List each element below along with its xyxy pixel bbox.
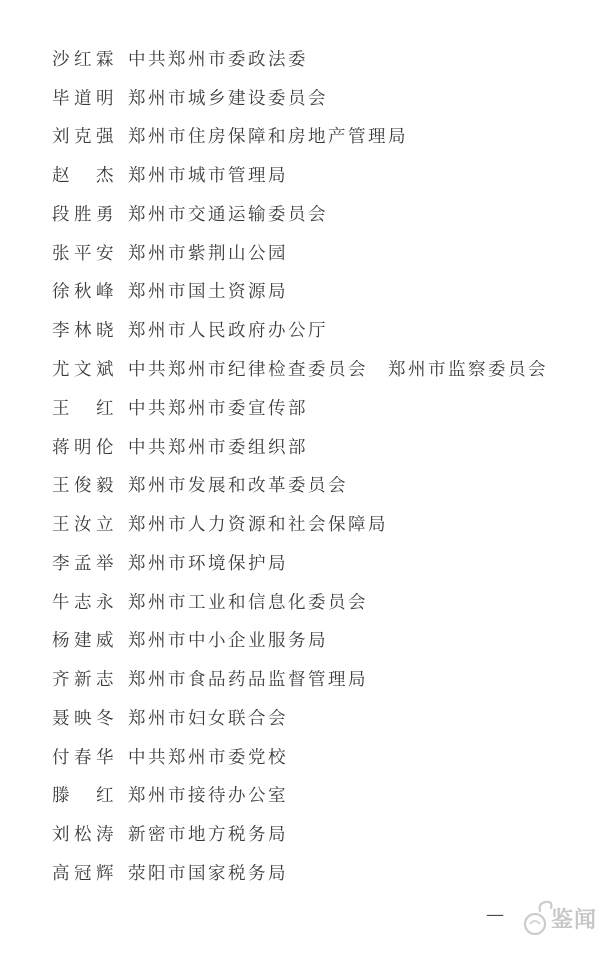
person-org: 郑州市妇女联合会 <box>128 705 288 730</box>
person-org: 中共郑州市纪律检查委员会 郑州市监察委员会 <box>128 356 548 381</box>
person-name: 付春华 <box>52 744 118 769</box>
table-row: 李林晓 郑州市人民政府办公厅 <box>52 310 600 349</box>
person-org: 新密市地方税务局 <box>128 821 288 846</box>
table-row: 赵 杰 郑州市城市管理局 <box>52 155 600 194</box>
person-name: 毕道明 <box>52 85 118 110</box>
person-name: 李林晓 <box>52 317 118 342</box>
person-name: 王汝立 <box>52 511 118 536</box>
roster-list: 沙红霖 中共郑州市委政法委 毕道明 郑州市城乡建设委员会 刘克强 郑州市住房保障… <box>0 0 600 892</box>
table-row: 刘克强 郑州市住房保障和房地产管理局 <box>52 117 600 156</box>
person-org: 郑州市中小企业服务局 <box>128 627 328 652</box>
person-name: 李孟举 <box>52 550 118 575</box>
person-org: 荥阳市国家税务局 <box>128 860 288 885</box>
table-row: 聂映冬 郑州市妇女联合会 <box>52 698 600 737</box>
table-row: 段胜勇 郑州市交通运输委员会 <box>52 194 600 233</box>
person-name: 刘克强 <box>52 123 118 148</box>
person-name: 杨建威 <box>52 627 118 652</box>
person-org: 郑州市城市管理局 <box>128 162 288 187</box>
person-name: 王 红 <box>52 395 118 420</box>
table-row: 付春华 中共郑州市委党校 <box>52 737 600 776</box>
table-row: 刘松涛 新密市地方税务局 <box>52 814 600 853</box>
table-row: 王俊毅 郑州市发展和改革委员会 <box>52 465 600 504</box>
table-row: 王 红 中共郑州市委宣传部 <box>52 388 600 427</box>
table-row: 张平安 郑州市紫荆山公园 <box>52 233 600 272</box>
person-name: 沙红霖 <box>52 46 118 71</box>
person-name: 刘松涛 <box>52 821 118 846</box>
table-row: 王汝立 郑州市人力资源和社会保障局 <box>52 504 600 543</box>
footer-dash: — <box>486 904 504 925</box>
table-row: 齐新志 郑州市食品药品监督管理局 <box>52 659 600 698</box>
person-org: 郑州市接待办公室 <box>128 782 288 807</box>
person-name: 滕 红 <box>52 782 118 807</box>
person-org: 郑州市发展和改革委员会 <box>128 472 348 497</box>
person-name: 王俊毅 <box>52 472 118 497</box>
person-name: 高冠辉 <box>52 860 118 885</box>
person-org: 中共郑州市委政法委 <box>128 46 308 71</box>
person-org: 中共郑州市委组织部 <box>128 434 308 459</box>
person-org: 郑州市国土资源局 <box>128 278 288 303</box>
person-org: 中共郑州市委宣传部 <box>128 395 308 420</box>
person-name: 齐新志 <box>52 666 118 691</box>
person-org: 郑州市环境保护局 <box>128 550 288 575</box>
table-row: 沙红霖 中共郑州市委政法委 <box>52 39 600 78</box>
watermark-text: 鉴闻 <box>551 903 597 934</box>
person-org: 郑州市工业和信息化委员会 <box>128 589 368 614</box>
person-org: 郑州市人民政府办公厅 <box>128 317 328 342</box>
table-row: 牛志永 郑州市工业和信息化委员会 <box>52 582 600 621</box>
person-org: 郑州市紫荆山公园 <box>128 240 288 265</box>
table-row: 蒋明伦 中共郑州市委组织部 <box>52 427 600 466</box>
person-name: 牛志永 <box>52 589 118 614</box>
roster-page: 沙红霖 中共郑州市委政法委 毕道明 郑州市城乡建设委员会 刘克强 郑州市住房保障… <box>0 0 600 953</box>
person-org: 郑州市交通运输委员会 <box>128 201 328 226</box>
table-row: 徐秋峰 郑州市国土资源局 <box>52 272 600 311</box>
person-org: 郑州市人力资源和社会保障局 <box>128 511 388 536</box>
person-name: 聂映冬 <box>52 705 118 730</box>
table-row: 毕道明 郑州市城乡建设委员会 <box>52 78 600 117</box>
person-org: 郑州市住房保障和房地产管理局 <box>128 123 408 148</box>
person-name: 徐秋峰 <box>52 278 118 303</box>
table-row: 高冠辉 荥阳市国家税务局 <box>52 853 600 892</box>
person-name: 赵 杰 <box>52 162 118 187</box>
person-name: 尤文斌 <box>52 356 118 381</box>
person-name: 蒋明伦 <box>52 434 118 459</box>
person-name: 段胜勇 <box>52 201 118 226</box>
person-org: 郑州市城乡建设委员会 <box>128 85 328 110</box>
table-row: 杨建威 郑州市中小企业服务局 <box>52 620 600 659</box>
table-row: 尤文斌 中共郑州市纪律检查委员会 郑州市监察委员会 <box>52 349 600 388</box>
table-row: 李孟举 郑州市环境保护局 <box>52 543 600 582</box>
person-name: 张平安 <box>52 240 118 265</box>
table-row: 滕 红 郑州市接待办公室 <box>52 776 600 815</box>
person-org: 郑州市食品药品监督管理局 <box>128 666 368 691</box>
person-org: 中共郑州市委党校 <box>128 744 288 769</box>
